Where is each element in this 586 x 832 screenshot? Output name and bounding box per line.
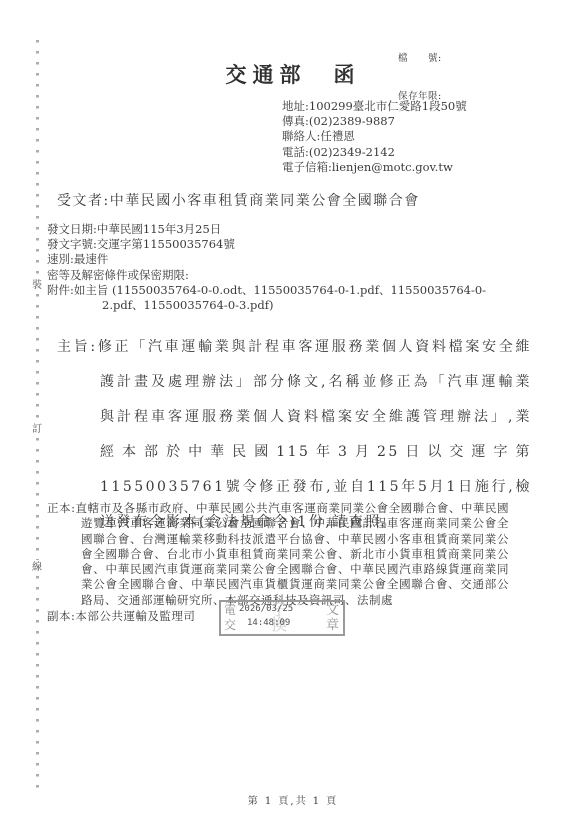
stamp-char-top-right: 文 [326, 604, 339, 617]
dotted-line-segment [36, 294, 39, 422]
page-number: 第 1 頁,共 1 頁 [0, 792, 586, 807]
contact-block: 地址:100299臺北市仁愛路1段50號 傳真:(02)2389-9887 聯絡… [282, 99, 467, 175]
stamp-char-top-left: 電 [224, 604, 236, 616]
recipient-line: 受文者:中華民國小客車租賃商業同業公會全國聯合會 [57, 190, 420, 210]
dotted-line-segment [36, 438, 39, 560]
document-title: 交通部 函 [0, 59, 586, 89]
attachment-label: 附件: [47, 283, 74, 297]
attachment-line: 附件:如主旨 (11550035764-0-0.odt、11550035764-… [47, 283, 517, 313]
subject-label: 主旨: [57, 339, 98, 355]
doc-number-line: 發文字號:交運字第11550035764號 [47, 237, 517, 252]
contact-person: 聯絡人:任禮恩 [282, 129, 467, 144]
document-page: 裝 訂 線 檔 號: 保存年限: 交通部 函 地址:100299臺北市仁愛路1段… [0, 0, 586, 832]
binding-mark-zhuang: 裝 [32, 279, 42, 293]
stamp-char-bottom-left: 交 [224, 619, 236, 631]
stamp-date: 2026/03/25 [239, 605, 293, 614]
issue-date-line: 發文日期:中華民國115年3月25日 [47, 222, 517, 237]
original-recipients-paragraph: 正本:直轄市及各縣市政府、中華民國公共汽車客運商業同業公會全國聯合會、中華民國遊… [47, 501, 509, 608]
electronic-exchange-stamp: 子 換 電 交 文 章 2026/03/25 14:48:09 [219, 600, 345, 636]
contact-address: 地址:100299臺北市仁愛路1段50號 [282, 99, 467, 114]
copy-recipients-text: 本部公共運輸及監理司 [75, 609, 195, 623]
contact-phone: 電話:(02)2349-2142 [282, 145, 467, 160]
contact-fax: 傳真:(02)2389-9887 [282, 114, 467, 129]
meta-block: 發文日期:中華民國115年3月25日 發文字號:交運字第11550035764號… [47, 222, 517, 313]
recipient-name: 中華民國小客車租賃商業同業公會全國聯合會 [110, 193, 420, 209]
binding-mark-xian: 線 [32, 561, 42, 575]
stamp-char-bottom-right: 章 [326, 619, 339, 632]
contact-email: 電子信箱:lienjen@motc.gov.tw [282, 160, 467, 175]
security-line: 密等及解密條件或保密期限: [47, 268, 517, 283]
speed-line: 速別:最速件 [47, 252, 517, 267]
stamp-time: 14:48:09 [247, 619, 290, 628]
binding-rail: 裝 訂 線 [30, 40, 44, 790]
original-recipients-text: 直轄市及各縣市政府、中華民國公共汽車客運商業同業公會全國聯合會、中華民國遊覽車汽… [75, 501, 509, 607]
dotted-line-segment [36, 576, 39, 790]
original-recipients-label: 正本: [47, 501, 75, 515]
binding-mark-ding: 訂 [32, 423, 42, 437]
recipient-label: 受文者: [57, 193, 110, 209]
attachment-list: 如主旨 (11550035764-0-0.odt、11550035764-0-1… [74, 283, 486, 312]
copy-recipients-label: 副本: [47, 609, 75, 623]
